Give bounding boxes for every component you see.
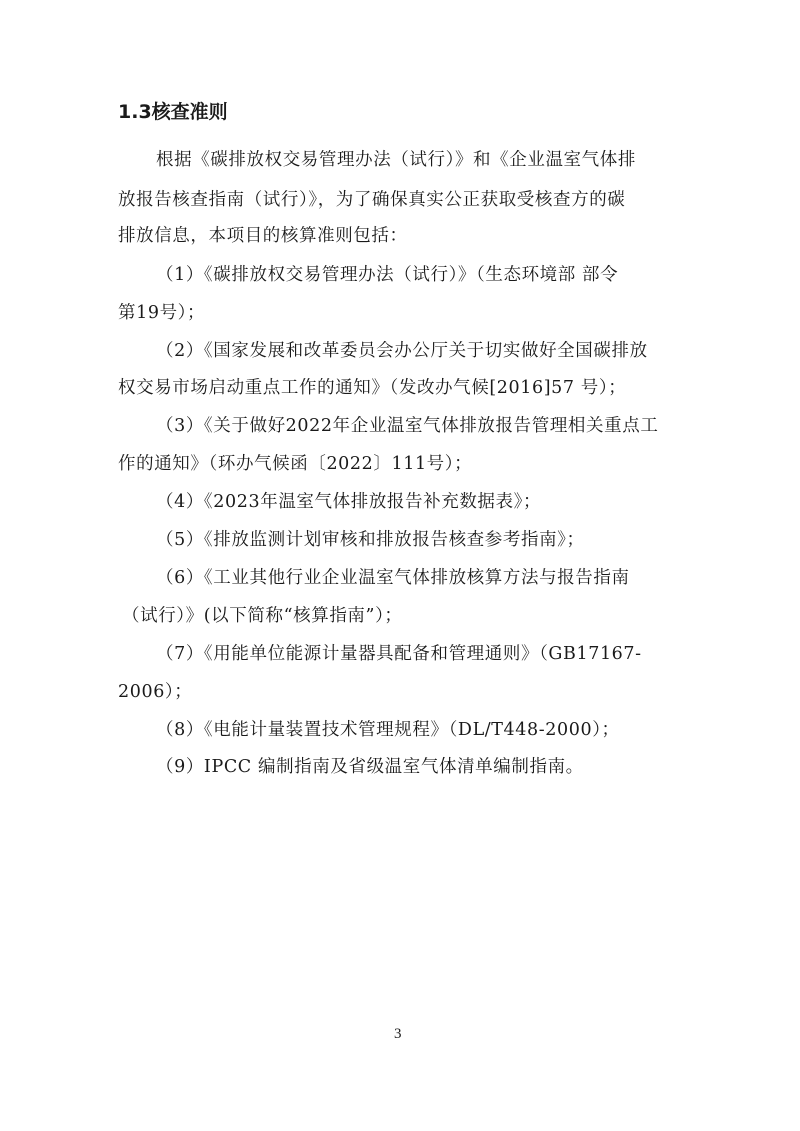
criterion-3-line-2: 作的通知》（环办气候函〔2022〕111号）； [118, 450, 472, 475]
intro-line-3: 排放信息，本项目的核算准则包括： [118, 222, 408, 247]
document-page: 1.3核查准则 根据《碳排放权交易管理办法（试行）》和《企业温室气体排 放报告核… [0, 0, 800, 1131]
criterion-7-line-1: （7）《用能单位能源计量器具配备和管理通则》（GB17167- [156, 640, 642, 665]
criterion-6-line-2: （试行）》(以下简称“核算指南”）； [122, 602, 403, 627]
criterion-4: （4）《2023年温室气体排放报告补充数据表》； [156, 488, 541, 513]
intro-line-1: 根据《碳排放权交易管理办法（试行）》和《企业温室气体排 [156, 146, 636, 171]
intro-line-2: 放报告核查指南（试行）》，为了确保真实公正获取受核查方的碳 [118, 186, 625, 211]
criterion-3-line-1: （3）《关于做好2022年企业温室气体排放报告管理相关重点工 [156, 412, 658, 437]
criterion-5: （5）《排放监测计划审核和排放报告核查参考指南》； [156, 526, 585, 551]
page-number: 3 [394, 1026, 402, 1043]
criterion-7-line-2: 2006）； [118, 678, 192, 703]
criterion-6-line-1: （6）《工业其他行业企业温室气体排放核算方法与报告指南 [156, 564, 630, 589]
criterion-1-line-1: （1）《碳排放权交易管理办法（试行）》（生态环境部 部令 [156, 261, 618, 286]
section-heading: 1.3核查准则 [118, 97, 228, 124]
criterion-2-line-2: 权交易市场启动重点工作的通知》（发改办气候[2016]57 号）； [118, 374, 626, 399]
criterion-2-line-1: （2）《国家发展和改革委员会办公厅关于切实做好全国碳排放 [156, 337, 648, 362]
criterion-9: （9）IPCC 编制指南及省级温室气体清单编制指南。 [156, 753, 584, 778]
criterion-8: （8）《电能计量装置技术管理规程》（DL/T448-2000）； [156, 716, 620, 741]
criterion-1-line-2: 第19号）； [118, 299, 205, 324]
